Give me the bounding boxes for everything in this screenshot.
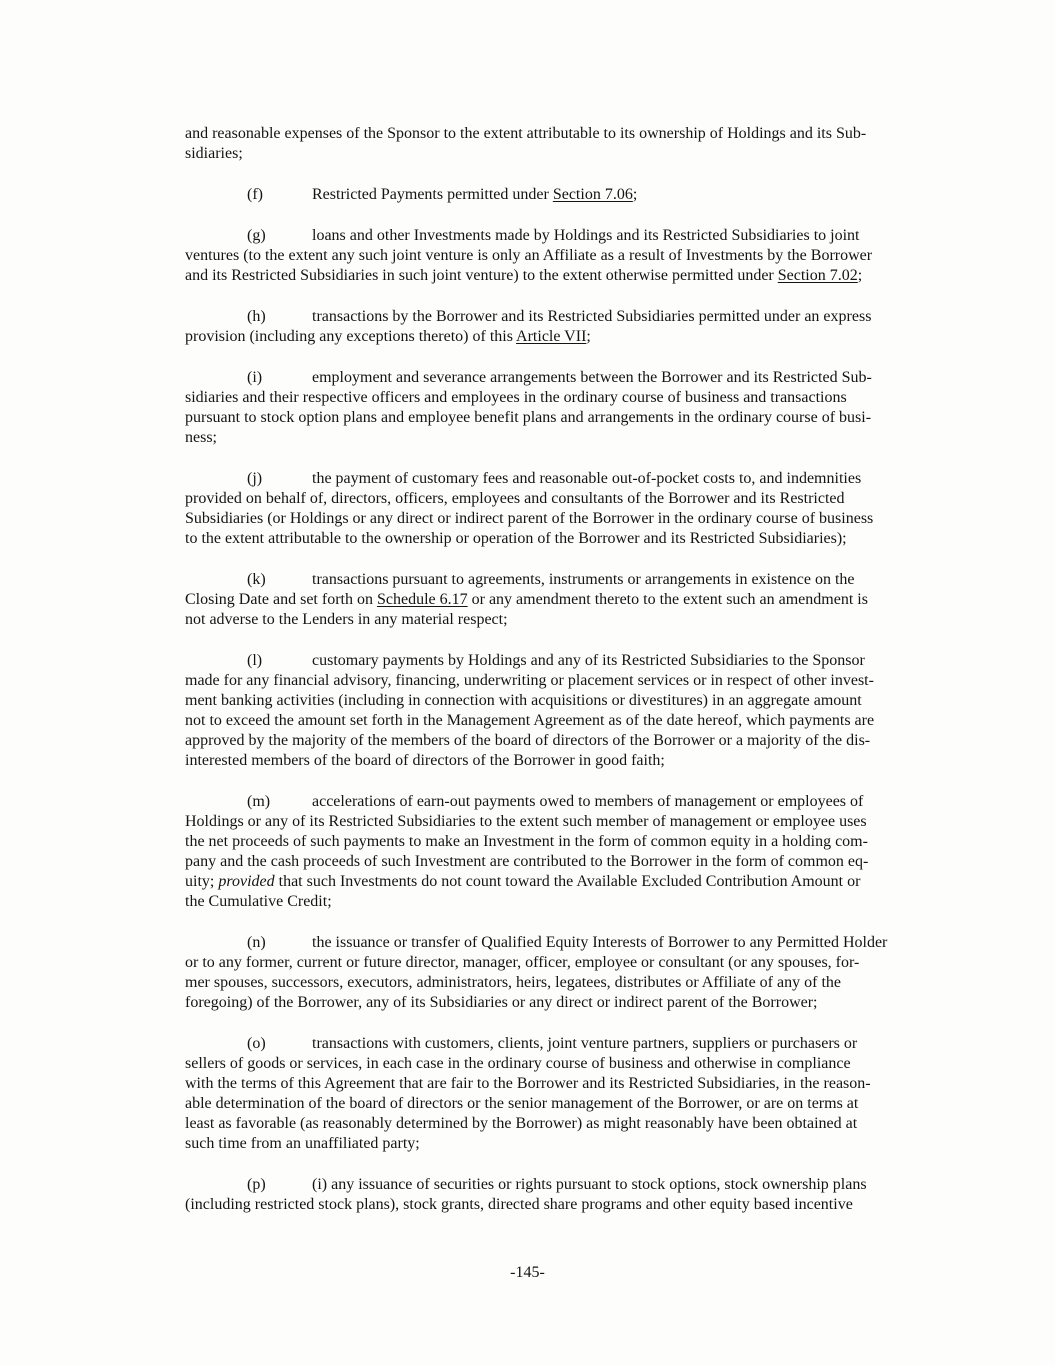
text-segment: the net proceeds of such payments to mak… <box>185 833 868 850</box>
text-line: such time from an unaffiliated party; <box>185 1134 950 1154</box>
text-line: (j)the payment of customary fees and rea… <box>185 469 950 489</box>
text-line: (o)transactions with customers, clients,… <box>185 1034 950 1054</box>
text-line: and reasonable expenses of the Sponsor t… <box>185 124 950 144</box>
paragraph-label: (m) <box>247 792 312 812</box>
text-line: pursuant to stock option plans and emplo… <box>185 408 950 428</box>
text-segment: ; <box>586 328 590 345</box>
paragraph-label: (p) <box>247 1175 312 1195</box>
paragraph-label: (i) <box>247 368 312 388</box>
paragraph-label: (n) <box>247 933 312 953</box>
paragraph-label: (k) <box>247 570 312 590</box>
text-segment: least as favorable (as reasonably determ… <box>185 1115 857 1132</box>
text-line: (g)loans and other Investments made by H… <box>185 226 950 246</box>
text-segment: loans and other Investments made by Hold… <box>312 227 859 244</box>
text-line: (including restricted stock plans), stoc… <box>185 1195 950 1215</box>
text-line: made for any financial advisory, financi… <box>185 671 950 691</box>
text-segment: approved by the majority of the members … <box>185 732 870 749</box>
text-segment: provided on behalf of, directors, office… <box>185 490 845 507</box>
text-line: to the extent attributable to the owners… <box>185 529 950 549</box>
text-line: or to any former, current or future dire… <box>185 953 950 973</box>
text-segment: the issuance or transfer of Qualified Eq… <box>312 934 887 951</box>
text-segment: customary payments by Holdings and any o… <box>312 652 865 669</box>
text-segment: interested members of the board of direc… <box>185 752 665 769</box>
text-segment: and its Restricted Subsidiaries in such … <box>185 267 778 284</box>
text-segment: pursuant to stock option plans and emplo… <box>185 409 871 426</box>
text-segment: Holdings or any of its Restricted Subsid… <box>185 813 867 830</box>
paragraph-p: (p)(i) any issuance of securities or rig… <box>185 1175 950 1215</box>
text-line: sidiaries and their respective officers … <box>185 388 950 408</box>
text-line: (l)customary payments by Holdings and an… <box>185 651 950 671</box>
paragraph-i: (i)employment and severance arrangements… <box>185 368 950 448</box>
paragraph-o: (o)transactions with customers, clients,… <box>185 1034 950 1154</box>
paragraph-label: (h) <box>247 307 312 327</box>
paragraph-continuation: and reasonable expenses of the Sponsor t… <box>185 124 950 164</box>
paragraph-label: (f) <box>247 185 312 205</box>
text-line: (m)accelerations of earn-out payments ow… <box>185 792 950 812</box>
text-segment: not adverse to the Lenders in any materi… <box>185 611 508 628</box>
text-line: ventures (to the extent any such joint v… <box>185 246 950 266</box>
text-segment: employment and severance arrangements be… <box>312 369 872 386</box>
paragraph-h: (h)transactions by the Borrower and its … <box>185 307 950 347</box>
text-line: sidiaries; <box>185 144 950 164</box>
text-segment: such time from an unaffiliated party; <box>185 1135 420 1152</box>
text-line: uity; provided that such Investments do … <box>185 872 950 892</box>
text-line: Holdings or any of its Restricted Subsid… <box>185 812 950 832</box>
text-segment: foregoing) of the Borrower, any of its S… <box>185 994 818 1011</box>
text-segment: mer spouses, successors, executors, admi… <box>185 974 841 991</box>
text-segment: transactions by the Borrower and its Res… <box>312 308 871 325</box>
text-line: (i)employment and severance arrangements… <box>185 368 950 388</box>
page-number: -145- <box>0 1263 1055 1283</box>
text-segment: pany and the cash proceeds of such Inves… <box>185 853 868 870</box>
text-segment: with the terms of this Agreement that ar… <box>185 1075 871 1092</box>
text-segment: and reasonable expenses of the Sponsor t… <box>185 125 866 142</box>
paragraph-label: (l) <box>247 651 312 671</box>
paragraph-j: (j)the payment of customary fees and rea… <box>185 469 950 549</box>
text-segment: able determination of the board of direc… <box>185 1095 858 1112</box>
cross-reference: Schedule 6.17 <box>377 591 468 608</box>
text-segment: or to any former, current or future dire… <box>185 954 859 971</box>
text-segment: or any amendment thereto to the extent s… <box>468 591 868 608</box>
paragraph-k: (k)transactions pursuant to agreements, … <box>185 570 950 630</box>
text-segment: Subsidiaries (or Holdings or any direct … <box>185 510 873 527</box>
text-line: not to exceed the amount set forth in th… <box>185 711 950 731</box>
text-segment: Closing Date and set forth on <box>185 591 377 608</box>
text-segment: not to exceed the amount set forth in th… <box>185 712 874 729</box>
text-segment: to the extent attributable to the owners… <box>185 530 847 547</box>
text-segment: accelerations of earn-out payments owed … <box>312 793 863 810</box>
text-segment: sidiaries and their respective officers … <box>185 389 847 406</box>
text-segment: the Cumulative Credit; <box>185 893 332 910</box>
text-line: approved by the majority of the members … <box>185 731 950 751</box>
text-segment: ment banking activities (including in co… <box>185 692 862 709</box>
paragraph-m: (m)accelerations of earn-out payments ow… <box>185 792 950 912</box>
cross-reference: Article VII <box>516 328 586 345</box>
text-line: sellers of goods or services, in each ca… <box>185 1054 950 1074</box>
text-segment: sellers of goods or services, in each ca… <box>185 1055 851 1072</box>
text-line: (h)transactions by the Borrower and its … <box>185 307 950 327</box>
text-segment: ventures (to the extent any such joint v… <box>185 247 872 264</box>
paragraph-n: (n)the issuance or transfer of Qualified… <box>185 933 950 1013</box>
text-line: interested members of the board of direc… <box>185 751 950 771</box>
text-line: ment banking activities (including in co… <box>185 691 950 711</box>
text-line: provision (including any exceptions ther… <box>185 327 950 347</box>
text-segment: sidiaries; <box>185 145 243 162</box>
text-line: provided on behalf of, directors, office… <box>185 489 950 509</box>
text-segment: the payment of customary fees and reason… <box>312 470 861 487</box>
paragraph-g: (g)loans and other Investments made by H… <box>185 226 950 286</box>
paragraph-label: (o) <box>247 1034 312 1054</box>
text-segment: provided <box>218 873 274 890</box>
paragraph-f: (f)Restricted Payments permitted under S… <box>185 185 950 205</box>
text-segment: ness; <box>185 429 217 446</box>
text-line: Subsidiaries (or Holdings or any direct … <box>185 509 950 529</box>
text-line: able determination of the board of direc… <box>185 1094 950 1114</box>
text-line: least as favorable (as reasonably determ… <box>185 1114 950 1134</box>
text-line: with the terms of this Agreement that ar… <box>185 1074 950 1094</box>
text-segment: that such Investments do not count towar… <box>275 873 861 890</box>
text-segment: (i) any issuance of securities or rights… <box>312 1176 867 1193</box>
text-line: ness; <box>185 428 950 448</box>
paragraph-l: (l)customary payments by Holdings and an… <box>185 651 950 771</box>
paragraph-label: (g) <box>247 226 312 246</box>
text-line: not adverse to the Lenders in any materi… <box>185 610 950 630</box>
text-line: (f)Restricted Payments permitted under S… <box>185 185 950 205</box>
text-line: mer spouses, successors, executors, admi… <box>185 973 950 993</box>
text-line: pany and the cash proceeds of such Inves… <box>185 852 950 872</box>
text-segment: ; <box>633 186 637 203</box>
text-line: (n)the issuance or transfer of Qualified… <box>185 933 950 953</box>
text-line: (p)(i) any issuance of securities or rig… <box>185 1175 950 1195</box>
text-line: foregoing) of the Borrower, any of its S… <box>185 993 950 1013</box>
paragraph-label: (j) <box>247 469 312 489</box>
document-body: and reasonable expenses of the Sponsor t… <box>185 124 950 1236</box>
text-line: and its Restricted Subsidiaries in such … <box>185 266 950 286</box>
text-segment: uity; <box>185 873 218 890</box>
cross-reference: Section 7.02 <box>778 267 858 284</box>
text-line: the Cumulative Credit; <box>185 892 950 912</box>
text-segment: transactions pursuant to agreements, ins… <box>312 571 855 588</box>
text-segment: provision (including any exceptions ther… <box>185 328 516 345</box>
text-line: (k)transactions pursuant to agreements, … <box>185 570 950 590</box>
text-segment: transactions with customers, clients, jo… <box>312 1035 857 1052</box>
text-line: Closing Date and set forth on Schedule 6… <box>185 590 950 610</box>
text-segment: Restricted Payments permitted under <box>312 186 553 203</box>
cross-reference: Section 7.06 <box>553 186 633 203</box>
text-line: the net proceeds of such payments to mak… <box>185 832 950 852</box>
text-segment: (including restricted stock plans), stoc… <box>185 1196 853 1213</box>
text-segment: ; <box>858 267 862 284</box>
document-page: and reasonable expenses of the Sponsor t… <box>0 0 1055 1365</box>
text-segment: made for any financial advisory, financi… <box>185 672 874 689</box>
